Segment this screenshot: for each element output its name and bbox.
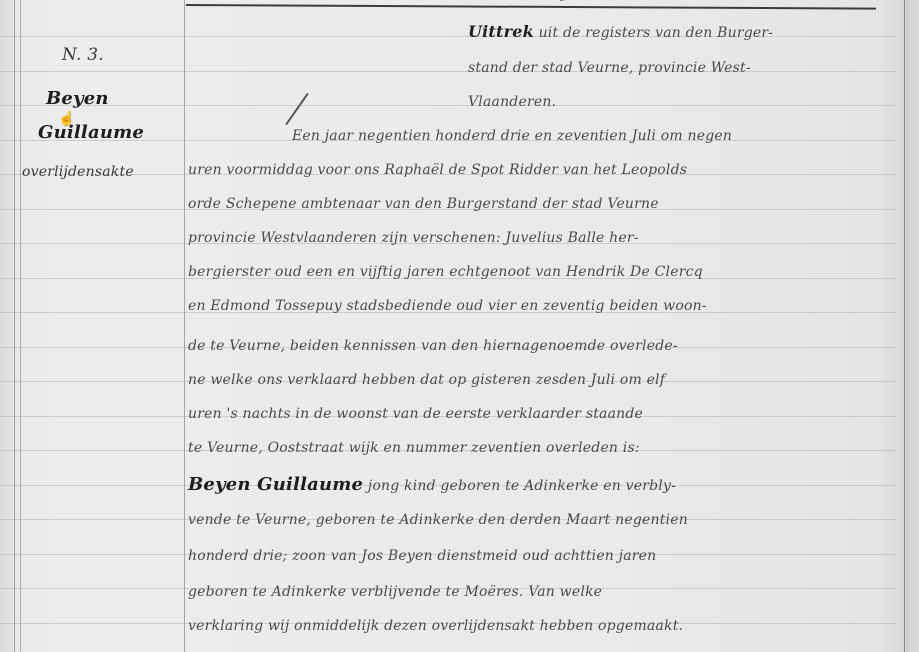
heading-line-3: Vlaanderen. xyxy=(468,94,556,110)
body-line: te Veurne, Ooststraat wijk en nummer zev… xyxy=(188,440,640,456)
heading-line-2: stand der stad Veurne, provincie West- xyxy=(468,60,751,76)
body-line: honderd drie; zoon van Jos Beyen dienstm… xyxy=(188,548,656,564)
deceased-line: Beyen Guillaume jong kind geboren te Adi… xyxy=(188,474,676,495)
body-line: uren 's nachts in de woonst van de eerst… xyxy=(188,406,643,422)
hand-cursor-icon: ☝ xyxy=(58,111,75,127)
body-line: ne welke ons verklaard hebben dat op gis… xyxy=(188,372,665,388)
body-line: provincie Westvlaanderen zijn verschenen… xyxy=(188,230,639,246)
pen-stroke xyxy=(285,93,308,125)
body-line: vende te Veurne, geboren te Adinkerke de… xyxy=(188,512,688,528)
body-line: orde Schepene ambtenaar van den Burgerst… xyxy=(188,196,659,212)
header-rule xyxy=(186,4,876,10)
pen-stroke xyxy=(560,0,698,1)
page-edge xyxy=(904,0,919,652)
body-line: geboren te Adinkerke verblijvende te Moë… xyxy=(188,584,602,600)
body-line: bergierster oud een en vijftig jaren ech… xyxy=(188,264,703,280)
heading-title: Uittrek xyxy=(468,22,534,41)
margin-given-name: Guillaume xyxy=(38,122,144,143)
margin-surname: Beyen xyxy=(46,88,109,109)
document-page: N. 3. Beyen Guillaume overlijdensakte Ui… xyxy=(0,0,919,652)
body-line: en Edmond Tossepuy stadsbediende oud vie… xyxy=(188,298,707,314)
body-line: Een jaar negentien honderd drie en zeven… xyxy=(292,128,732,144)
margin-record-type: overlijdensakte xyxy=(22,164,134,180)
body-line: verklaring wij onmiddelijk dezen overlij… xyxy=(188,618,683,634)
body-line: de te Veurne, beiden kennissen van den h… xyxy=(188,338,678,354)
body-line: uren voormiddag voor ons Raphaël de Spot… xyxy=(188,162,687,178)
record-number: N. 3. xyxy=(62,45,104,65)
ruled-line xyxy=(0,105,896,106)
deceased-name: Beyen Guillaume xyxy=(188,474,363,495)
heading-line-1: Uittrek uit de registers van den Burger- xyxy=(468,22,773,41)
ruled-line xyxy=(0,71,896,72)
